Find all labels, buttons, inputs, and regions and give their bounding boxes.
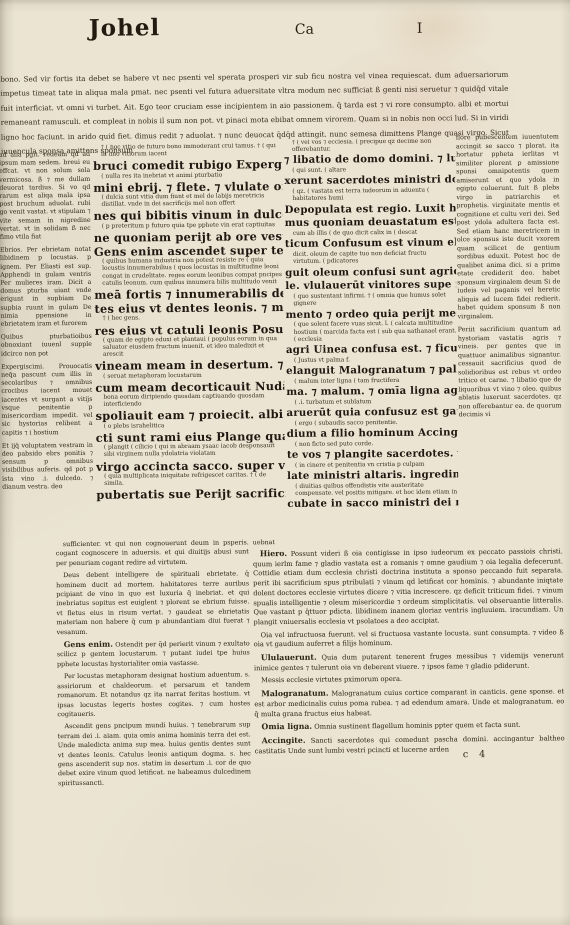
commentary-text: Omnia sustinent flagellum hominis ppter …: [314, 721, 521, 731]
text-line: elanguit Malogranatum ⁊ pal: [286, 363, 457, 378]
margin-carryover-word: uebnat: [253, 535, 563, 547]
commentary-paragraph: Hiero. Possunt videri ß oia contigisse i…: [253, 546, 564, 628]
text-line: xerunt sacerdotes ministri domini: [284, 174, 455, 189]
commentary-text: Deus debent intelligere de spirituali eb…: [56, 570, 249, 636]
commentary-paragraph: Deus debent intelligere de spirituali eb…: [56, 570, 250, 638]
left-marginalia-column: ad alia pgit. redeam qd ad ipsum mam sed…: [0, 151, 94, 552]
text-line: ( qz. ( vastata est terra iudeorum in ad…: [284, 188, 455, 204]
text-line: ( quam de egipto eduxi et plantaui ( pop…: [95, 336, 284, 359]
commentary-paragraph: Omia ligna. Omnia sustinent flagellum ho…: [254, 720, 564, 734]
commentary-paragraph: Accingite. Sancti sacerdotes qui comedun…: [255, 733, 565, 756]
lemma-word: Ululauerunt.: [261, 653, 317, 663]
text-line: spoliauit eam ⁊ proiecit. albi fa: [95, 407, 284, 423]
text-line: ( quo sustentant infirmi. † ( omnia que …: [285, 293, 456, 309]
marginal-note: Periit sacrificium quantum ad hystoriam …: [458, 325, 562, 419]
text-line: pubertatis sue Perijt sacrificiuz: [96, 486, 285, 502]
book-page-scan: Johel Ca I bono. Sed vir fortis ita debe…: [0, 0, 570, 925]
commentary-paragraph: Oia vel infructuosa fuerunt. vel si fruc…: [254, 628, 564, 650]
text-line: late ministri altaris. ingredimini: [287, 468, 458, 483]
text-line: mus quoniam deuastatum est tri: [285, 216, 456, 231]
marginal-note: Quibus pturbatioibus obnoxiant iuuenl su…: [1, 333, 92, 358]
text-line: vineam meam in desertum. ⁊ fi: [95, 357, 284, 373]
text-line: ( que solent facere vuas sicut. l. ( cal…: [286, 321, 457, 344]
main-text-column-left: † ( hoc vitio de futuro bono immoderant …: [93, 143, 286, 549]
marginal-note: flore pubescentem iuuentutem accingit se…: [456, 133, 561, 321]
running-header-chapter-label: Ca: [295, 22, 314, 38]
commentary-paragraph: Messis ecclesie virtutes pximorum opera.: [254, 674, 564, 687]
marginal-note: Ebrios. Per ebrietam notat libidinem p l…: [0, 246, 92, 329]
commentary-text: Oia vel infructuosa fuerunt. vel si fruc…: [254, 628, 564, 649]
commentary-paragraph: Ascendit gens pncipum mundi huius. ⁊ ten…: [57, 721, 251, 789]
page-content: Johel Ca I bono. Sed vir fortis ita debe…: [0, 0, 570, 925]
right-marginalia-column: flore pubescentem iuuentutem accingit se…: [456, 133, 563, 556]
marginal-note: Et ijq̄ voluptatem vestram in deo pabsid…: [2, 442, 93, 492]
text-line: ( diuitias quibus offendistis vite auste…: [287, 482, 458, 498]
lemma-word: Omia ligna.: [261, 722, 312, 731]
text-line: dium a filio hominum Accingi: [287, 426, 458, 441]
bottom-right-paragraphs: Hiero. Possunt videri ß oia contigisse i…: [253, 546, 565, 756]
bottom-commentary-left-column: sufficienter. vt qui non cognouerunt deu…: [56, 538, 252, 830]
text-line: ticum Confusum est vinum ela: [285, 237, 456, 252]
text-line: bruci comedit rubigo Expergisci: [93, 157, 282, 173]
text-line: te vos ⁊ plangite sacerdotes. vlu: [287, 447, 458, 462]
commentary-text: Possunt videri ß oia contigisse in ipso …: [253, 547, 564, 626]
text-line: tes eius vt dentes leonis. ⁊ mola: [94, 300, 283, 316]
commentary-paragraph: Gens enim. Ostendit per q̄d perierit vin…: [57, 638, 250, 669]
running-header-book-title: Johel: [89, 14, 161, 42]
text-line: ⁊ libatio de domo domini. ⁊ lu: [284, 153, 455, 168]
marginal-note: ad alia pgit. redeam qd ad ipsum mam sed…: [0, 151, 91, 242]
text-line: cubate in sacco ministri dei mei.: [287, 497, 458, 512]
text-line: dicit. oleum de capite tuo non deficiat …: [285, 251, 456, 267]
commentary-text: Ascendit gens pncipum mundi huius. ⁊ ten…: [58, 721, 251, 787]
text-line: ( quibus humana industria non potest res…: [94, 257, 283, 288]
running-header-chapter-number: I: [417, 21, 423, 37]
lemma-word: Gens enim.: [64, 640, 113, 649]
commentary-paragraph: Ululauerunt. Quia dum putarent tenerent …: [254, 650, 564, 673]
text-line: nes qui bibitis vinum in dulcedi: [94, 207, 283, 223]
commentary-paragraph: Malogranatum. Malogranatum cuius cortice…: [254, 686, 564, 719]
lemma-word: Accingite.: [262, 736, 306, 745]
text-line: † ( vel vos ⁊ ecclesia. ( precipue qz de…: [284, 138, 455, 154]
commentary-text: Messis ecclesie virtutes pximorum opera.: [261, 675, 402, 684]
text-line: agri Uinea confusa est. ⁊ ficus: [286, 342, 457, 357]
commentary-paragraph: sufficienter. vt qui non cognouerunt deu…: [56, 538, 249, 568]
marginal-note: Expergiscimi. Prouocatis neq̄a pascunt c…: [1, 363, 93, 438]
commentary-text: Per locustas metaphoram designat hostium…: [57, 671, 250, 718]
main-text-column-right: † ( vel vos ⁊ ecclesia. ( precipue qz de…: [284, 138, 459, 542]
bottom-commentary-right-column: uebnat Hiero. Possunt videri ß oia conti…: [253, 535, 565, 788]
lemma-word: Malogranatum.: [261, 689, 329, 699]
lemma-word: Hiero.: [260, 549, 287, 558]
commentary-paragraph: Per locustas metaphoram designat hostium…: [57, 671, 250, 720]
commentary-text: sufficienter. vt qui non cognouerunt deu…: [56, 538, 249, 567]
quire-signature: c 4: [463, 749, 489, 760]
text-line: virgo accincta sacco. super virū: [96, 458, 285, 474]
text-line: aruerūt quia confusuz est gau: [286, 405, 457, 420]
text-line: ma. ⁊ malum. ⁊ omīa ligna agri: [286, 384, 457, 399]
